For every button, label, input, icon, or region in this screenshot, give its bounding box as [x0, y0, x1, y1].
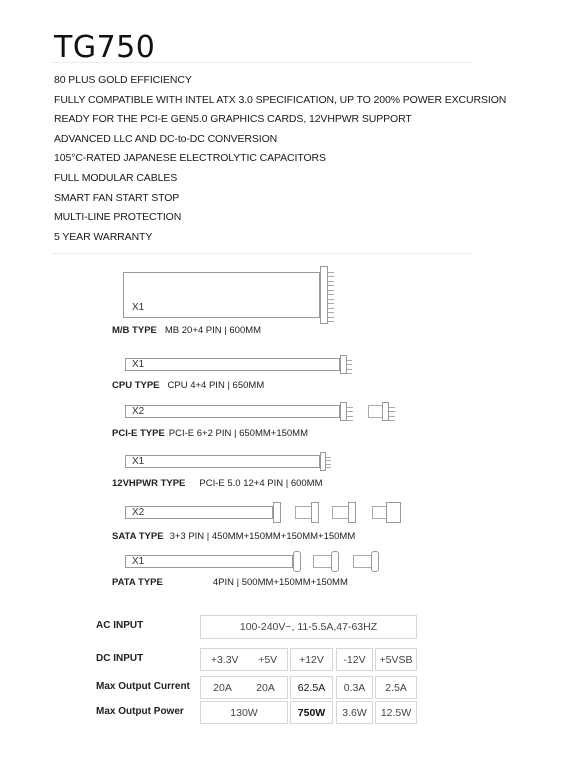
connector-pins — [328, 268, 334, 322]
connector-pins — [347, 403, 353, 421]
feature-item: SMART FAN START STOP — [54, 189, 506, 209]
feature-item: 105°C-RATED JAPANESE ELECTROLYTIC CAPACI… — [54, 149, 506, 169]
rail-5v: +5V — [258, 654, 277, 666]
power-12v: 750W — [298, 707, 325, 719]
feature-item: ADVANCED LLC AND DC-to-DC CONVERSION — [54, 130, 506, 150]
cable-body — [125, 455, 320, 468]
dc-rail-cell: +3.3V+5V — [200, 648, 288, 671]
cable-spec: PCI-E 5.0 12+4 PIN | 600MM — [199, 478, 322, 489]
title-divider — [52, 62, 472, 63]
current-12v: 62.5A — [298, 682, 325, 694]
cable-qty: X2 — [132, 507, 144, 518]
cable-spec: CPU 4+4 PIN | 650MM — [168, 380, 265, 391]
atx-24pin-connector-icon — [320, 266, 328, 324]
dc-rail-cell: -12V — [336, 648, 373, 671]
features-divider — [52, 253, 472, 254]
cable-spec: MB 20+4 PIN | 600MM — [165, 325, 261, 336]
molex-connector-icon — [293, 551, 301, 572]
power-cell: 130W — [200, 701, 288, 724]
cable-spec: 3+3 PIN | 450MM+150MM+150MM+150MM — [170, 531, 356, 542]
cable-extension — [295, 506, 311, 519]
cable-body — [123, 272, 320, 318]
cable-qty: X1 — [132, 302, 144, 313]
rail-minus-12v: -12V — [343, 654, 365, 666]
max-current-label: Max Output Current — [96, 681, 190, 692]
pcie-8pin-connector-icon — [340, 402, 347, 421]
rail-12v: +12V — [299, 654, 324, 666]
cable-type: CPU TYPE — [112, 380, 160, 391]
cable-type: 12VHPWR TYPE — [112, 478, 185, 489]
connector-pins — [347, 356, 352, 374]
cable-qty: X2 — [132, 406, 144, 417]
power-cell: 3.6W — [336, 701, 373, 724]
connector-pins — [326, 454, 331, 468]
cable-extension — [368, 405, 382, 418]
cable-label-pata: PATA TYPE4PIN | 500MM+150MM+150MM — [112, 577, 348, 588]
dc-rail-cell: +12V — [290, 648, 333, 671]
current-cell: 0.3A — [336, 676, 373, 699]
product-title: TG750 — [54, 30, 155, 65]
power-5vsb: 12.5W — [381, 707, 411, 719]
cable-label-mb: M/B TYPEMB 20+4 PIN | 600MM — [112, 325, 261, 336]
cable-label-12vhpwr: 12VHPWR TYPEPCI-E 5.0 12+4 PIN | 600MM — [112, 478, 323, 489]
ac-input-value: 100-240V~, 11-5.5A,47-63HZ — [200, 615, 417, 639]
dc-input-label: DC INPUT — [96, 653, 143, 664]
sata-connector-icon — [348, 502, 356, 523]
cable-body — [125, 555, 293, 568]
rail-5vsb: +5VSB — [380, 654, 413, 666]
cable-qty: X1 — [132, 556, 144, 567]
current-5v: 20A — [256, 682, 275, 694]
power-minus-12v: 3.6W — [342, 707, 367, 719]
sata-connector-icon — [311, 502, 319, 523]
molex-connector-icon — [331, 551, 339, 572]
cable-extension — [372, 506, 386, 519]
cable-extension — [332, 506, 348, 519]
current-cell: 62.5A — [290, 676, 333, 699]
cable-qty: X1 — [132, 359, 144, 370]
rail-3v3: +3.3V — [211, 654, 239, 666]
cable-type: M/B TYPE — [112, 325, 157, 336]
molex-connector-icon — [371, 551, 379, 572]
cable-body — [125, 358, 340, 371]
feature-item: FULL MODULAR CABLES — [54, 169, 506, 189]
cable-body — [125, 405, 340, 418]
cable-type: PCI-E TYPE — [112, 428, 165, 439]
cable-extension — [353, 555, 371, 568]
feature-item: MULTI-LINE PROTECTION — [54, 208, 506, 228]
cable-spec: PCI-E 6+2 PIN | 650MM+150MM — [169, 428, 308, 439]
ac-input-text: 100-240V~, 11-5.5A,47-63HZ — [240, 621, 377, 633]
sata-connector-icon — [386, 502, 401, 523]
cable-body — [125, 506, 273, 519]
current-minus-12v: 0.3A — [344, 682, 366, 694]
current-5vsb: 2.5A — [385, 682, 407, 694]
power-cell: 750W — [290, 701, 333, 724]
max-power-label: Max Output Power — [96, 706, 184, 717]
feature-item: FULLY COMPATIBLE WITH INTEL ATX 3.0 SPEC… — [54, 91, 506, 111]
current-cell: 20A20A — [200, 676, 288, 699]
cable-label-cpu: CPU TYPECPU 4+4 PIN | 650MM — [112, 380, 264, 391]
cable-label-pcie: PCI-E TYPEPCI-E 6+2 PIN | 650MM+150MM — [112, 428, 308, 439]
sata-connector-icon — [273, 502, 281, 523]
pcie-8pin-connector-icon — [382, 402, 389, 421]
current-3v3: 20A — [213, 682, 232, 694]
cable-type: PATA TYPE — [112, 577, 163, 588]
cable-type: SATA TYPE — [112, 531, 164, 542]
ac-input-label: AC INPUT — [96, 620, 143, 631]
feature-item: 80 PLUS GOLD EFFICIENCY — [54, 71, 506, 91]
power-3v3-5v: 130W — [230, 707, 257, 719]
eps-8pin-connector-icon — [340, 355, 347, 374]
power-cell: 12.5W — [375, 701, 417, 724]
feature-list: 80 PLUS GOLD EFFICIENCY FULLY COMPATIBLE… — [54, 71, 506, 247]
connector-pins — [389, 403, 395, 421]
cable-label-sata: SATA TYPE3+3 PIN | 450MM+150MM+150MM+150… — [112, 531, 355, 542]
feature-item: READY FOR THE PCI-E GEN5.0 GRAPHICS CARD… — [54, 110, 506, 130]
feature-item: 5 YEAR WARRANTY — [54, 228, 506, 248]
cable-qty: X1 — [132, 456, 144, 467]
cable-extension — [313, 555, 331, 568]
cable-spec: 4PIN | 500MM+150MM+150MM — [213, 577, 348, 588]
dc-rail-cell: +5VSB — [375, 648, 417, 671]
current-cell: 2.5A — [375, 676, 417, 699]
